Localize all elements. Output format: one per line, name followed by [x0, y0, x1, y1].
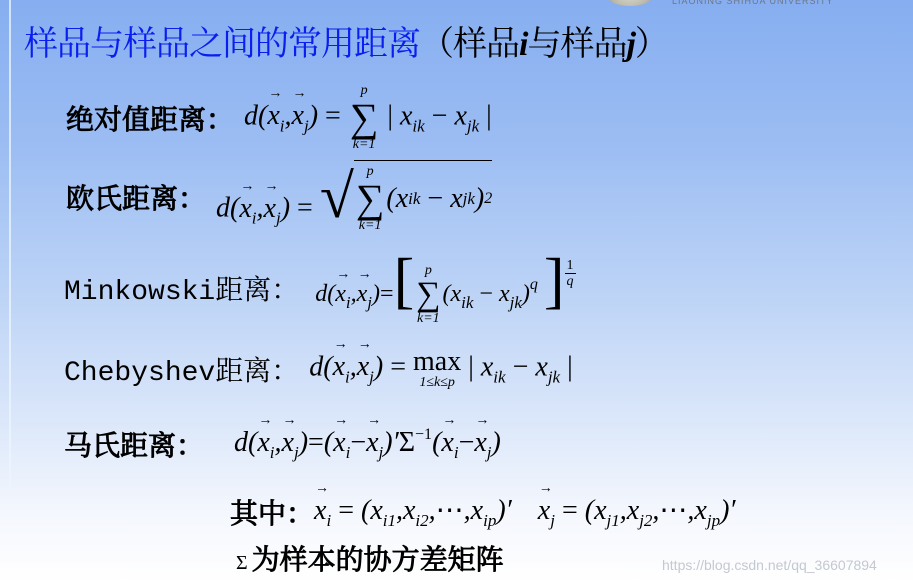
- minkowski-distance-formula: d(xi,xj)=[p∑k=1(xik − xjk)q ]1q: [315, 250, 575, 326]
- title-var-j: j: [626, 26, 634, 63]
- where-label: 其中：: [230, 492, 314, 532]
- sigma-symbol: Σ: [236, 552, 248, 575]
- mahalanobis-distance-row: 马氏距离： d(xi,xj)=(xi−xj)′Σ−1(xi−xj): [64, 424, 501, 464]
- mahalanobis-distance-label: 马氏距离：: [64, 424, 204, 464]
- xj-definition: xj = (xj1,xj2,⋯,xjp)′: [538, 493, 736, 531]
- page-title: 样品与样品之间的常用距离（样品i与样品j）: [24, 16, 668, 65]
- chebyshev-distance-label: Chebyshev距离：: [64, 349, 299, 389]
- chebyshev-distance-formula: d(xi,xj) = max1≤k≤p | xik − xjk |: [309, 348, 572, 390]
- title-paren-open: （样品: [420, 24, 519, 64]
- absolute-distance-label: 绝对值距离：: [66, 98, 234, 138]
- sigma-note-row: Σ 为样本的协方差矩阵: [236, 538, 504, 578]
- minkowski-distance-label: Minkowski距离：: [64, 268, 299, 308]
- sqrt-icon: √: [320, 166, 354, 228]
- left-border-stripe: [9, 0, 11, 490]
- university-logo-icon: [605, 0, 655, 6]
- sigma-description: 为样本的协方差矩阵: [252, 538, 504, 578]
- mahalanobis-distance-formula: d(xi,xj)=(xi−xj)′Σ−1(xi−xj): [234, 426, 501, 463]
- absolute-distance-row: 绝对值距离： d(xi,xj) = p∑k=1 | xik − xjk |: [66, 84, 492, 152]
- where-definitions-row: 其中： xi = (xi1,xi2,⋯,xip)′ xj = (xj1,xj2,…: [230, 492, 736, 532]
- euclidean-distance-row: 欧氏距离： d(xi,xj) = √ p∑k=1 (xik − xjk)2: [66, 160, 492, 233]
- absolute-distance-formula: d(xi,xj) = p∑k=1 | xik − xjk |: [244, 84, 492, 152]
- watermark-text: https://blog.csdn.net/qq_36607894: [662, 557, 877, 573]
- logo-text: LIAONING SHIHUA UNIVERSITY: [672, 0, 834, 6]
- minkowski-distance-row: Minkowski距离： d(xi,xj)=[p∑k=1(xik − xjk)q…: [64, 250, 576, 326]
- title-paren-close: ）: [635, 24, 668, 64]
- title-middle: 与样品: [527, 24, 626, 64]
- chebyshev-distance-row: Chebyshev距离： d(xi,xj) = max1≤k≤p | xik −…: [64, 348, 573, 390]
- euclidean-distance-formula: d(xi,xj) = √ p∑k=1 (xik − xjk)2: [216, 160, 492, 233]
- euclidean-distance-label: 欧氏距离：: [66, 177, 206, 217]
- title-main: 样品与样品之间的常用距离: [24, 24, 420, 64]
- xi-definition: xi = (xi1,xi2,⋯,xip)′: [314, 493, 512, 531]
